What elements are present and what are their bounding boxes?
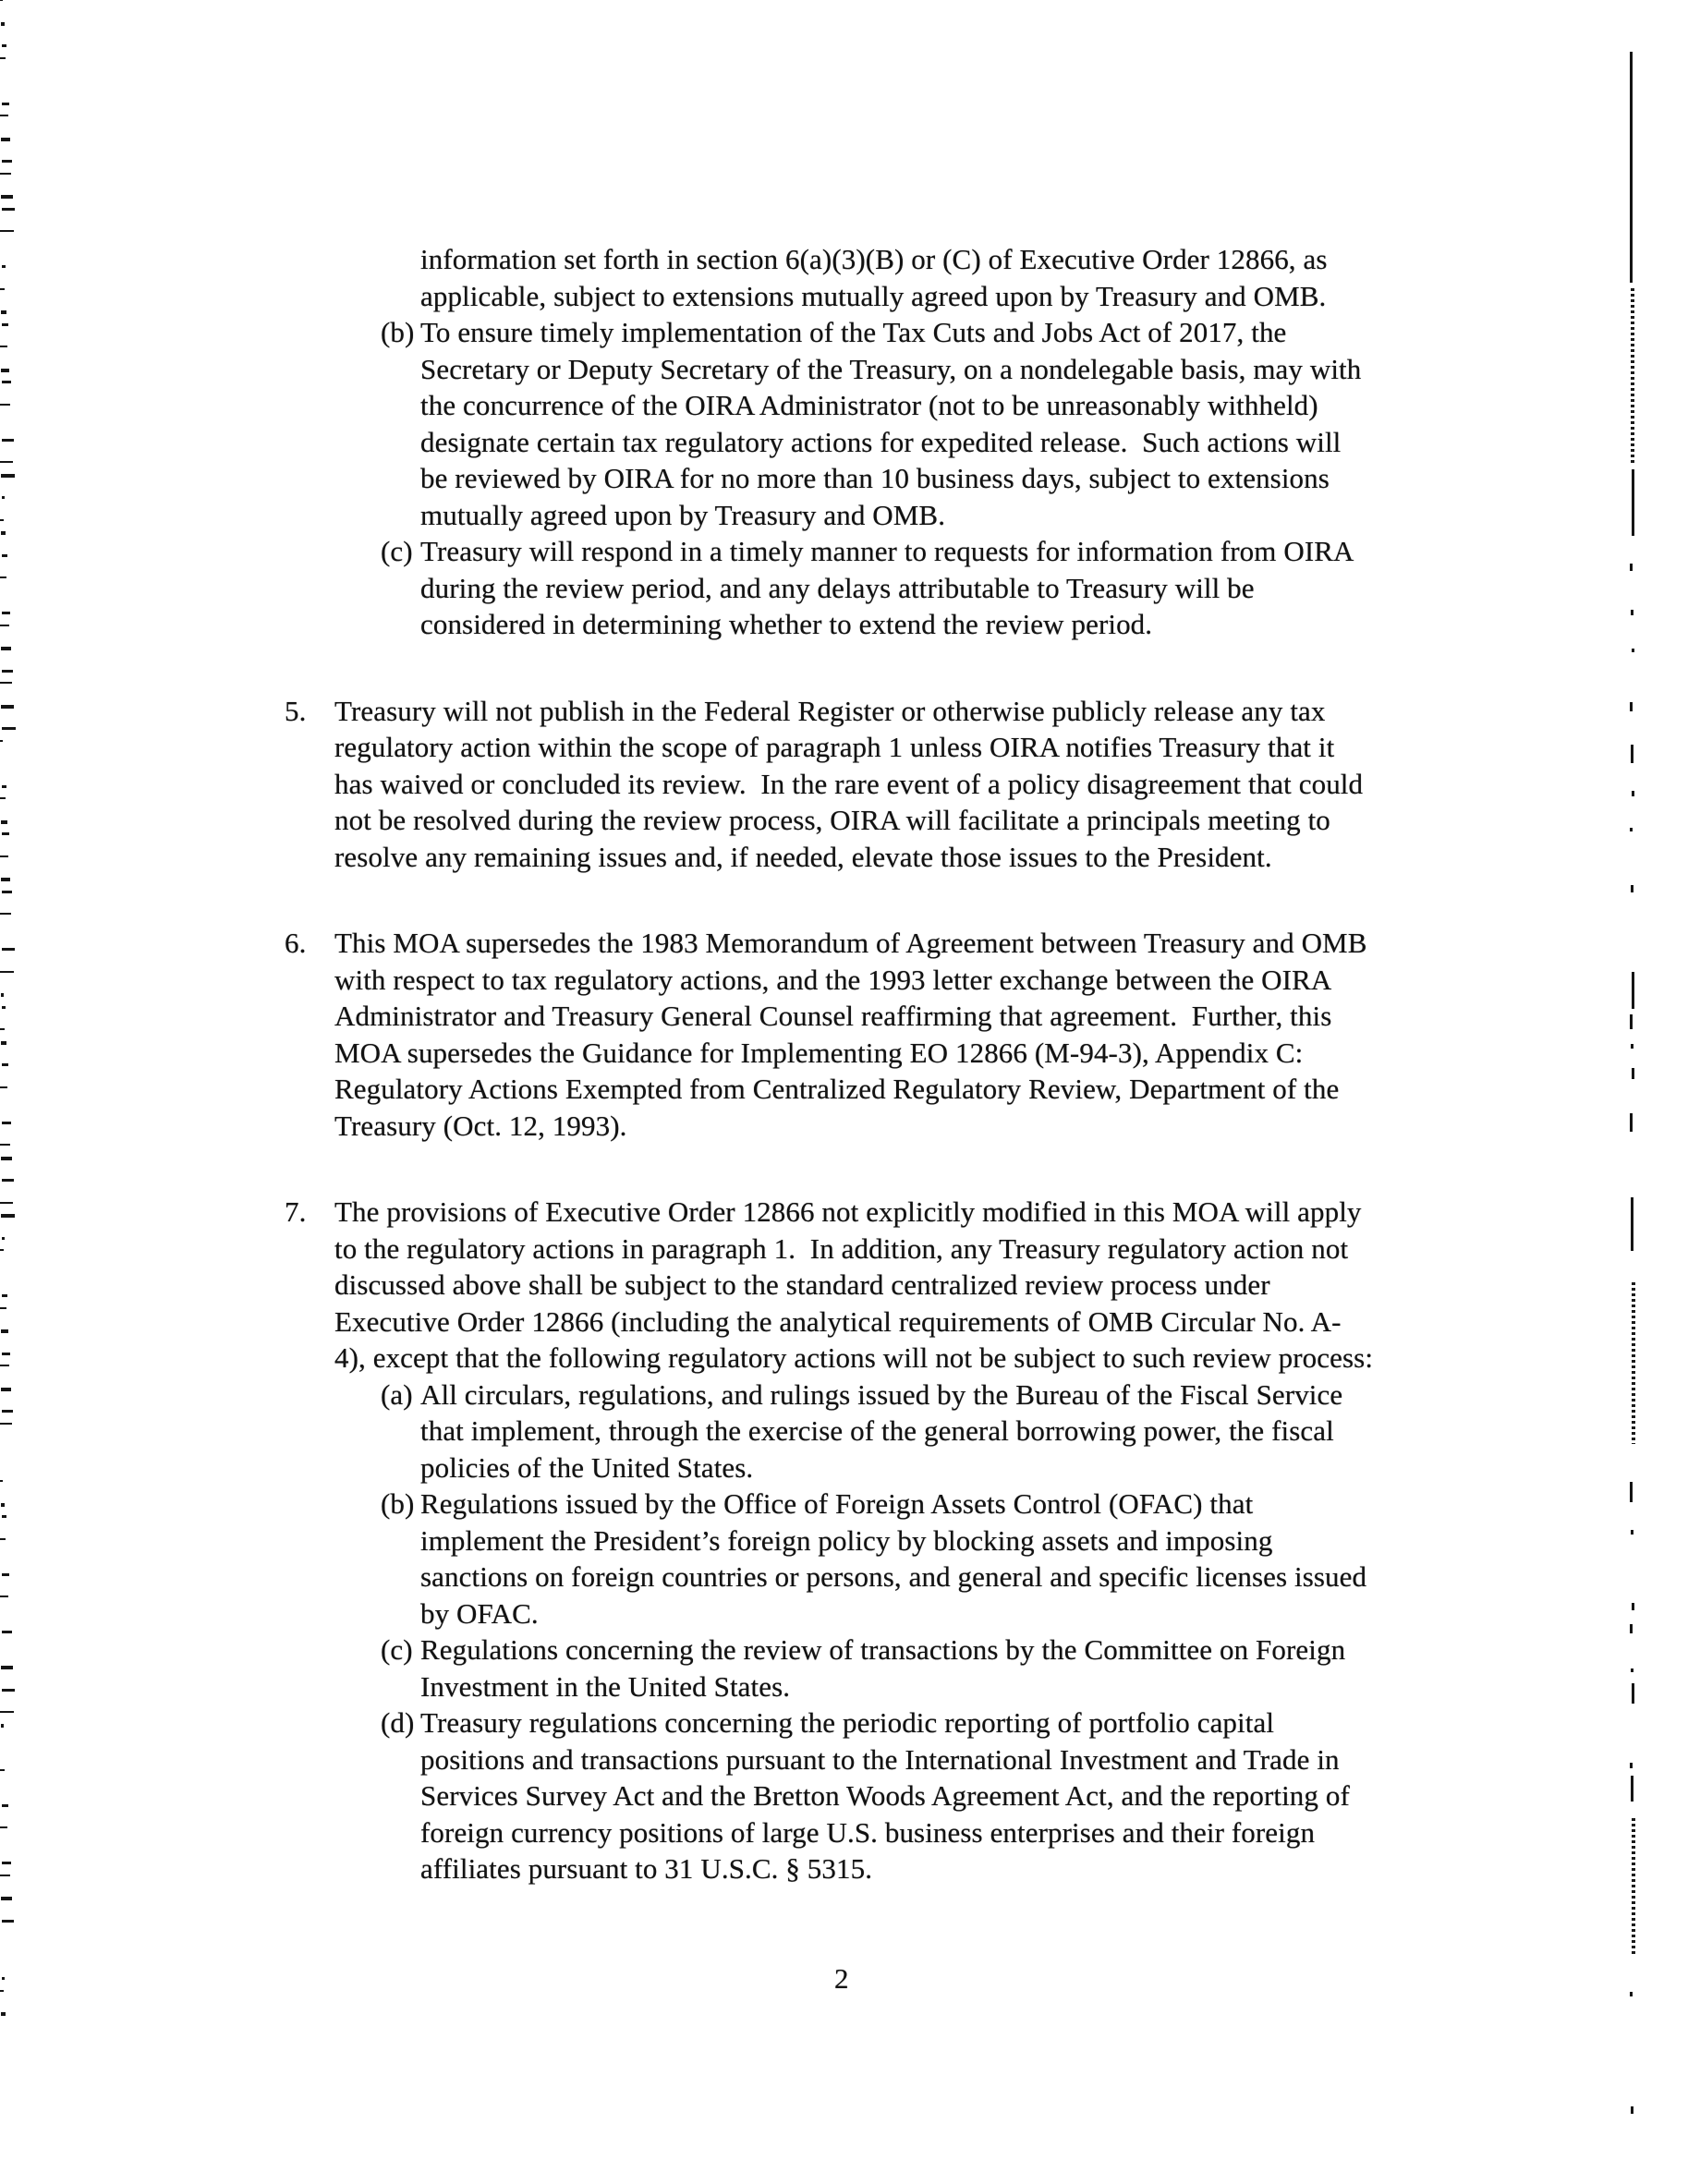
scan-line-mark [1632, 649, 1634, 652]
scan-line-mark [1630, 1624, 1633, 1633]
list-marker: 7. [285, 1194, 334, 1377]
scan-tick-mark [2, 160, 12, 163]
paragraph-text: This MOA supersedes the 1983 Memorandum … [334, 925, 1367, 1144]
scan-line-mark [1631, 1776, 1633, 1802]
scan-tick-mark [2, 323, 8, 326]
scan-tick-mark [1, 1329, 8, 1333]
scan-line-mark [1630, 564, 1633, 571]
list-item-b: (b) To ensure timely implementation of t… [381, 314, 1688, 533]
scan-line-mark [1630, 1482, 1633, 1502]
scan-tick-mark [1, 1724, 4, 1728]
scan-tick-mark [1, 369, 9, 372]
scan-tick-mark [1, 474, 15, 478]
scan-tick-mark [2, 727, 16, 730]
scan-line-mark [1632, 1683, 1634, 1704]
scan-tick-mark [0, 288, 5, 290]
scan-tick-mark [1, 195, 13, 199]
list-marker: (b) [381, 314, 420, 533]
scan-tick-mark [2, 1631, 12, 1633]
scan-tick-mark [0, 0, 3, 1]
scan-tick-mark [1, 22, 5, 26]
paragraph-text: To ensure timely implementation of the T… [420, 314, 1361, 533]
scan-line-mark [1630, 702, 1633, 711]
list-item-7a: (a) All circulars, regulations, and ruli… [381, 1377, 1688, 1486]
scan-line-mark [1631, 885, 1633, 892]
scan-line-mark [1630, 1113, 1633, 1132]
scan-tick-mark [0, 404, 10, 406]
scan-tick-mark [0, 625, 9, 626]
scan-tick-mark [0, 1086, 7, 1088]
scan-tick-mark [1, 1666, 13, 1669]
scan-line-mark [1631, 1530, 1633, 1535]
scan-tick-mark [2, 381, 11, 383]
scan-tick-mark [0, 1202, 13, 1204]
scan-tick-mark [2, 948, 15, 951]
scan-line-mark [1631, 288, 1634, 464]
scan-line-mark [1632, 972, 1634, 1009]
scan-line-mark [1632, 1068, 1634, 1079]
scan-tick-mark [2, 1920, 14, 1923]
scan-tick-mark [0, 971, 14, 973]
page-number: 2 [834, 1960, 849, 1997]
scan-tick-mark [0, 855, 8, 857]
scan-line-mark [1630, 1992, 1633, 1996]
scan-tick-mark [1, 1157, 12, 1160]
scan-tick-mark [0, 173, 11, 175]
scan-tick-mark [0, 1144, 10, 1146]
scan-tick-mark [2, 208, 15, 211]
scan-tick-mark [2, 832, 9, 835]
scan-line-mark [1632, 1603, 1634, 1610]
scan-line-mark [1632, 1818, 1635, 1957]
scan-tick-mark [0, 1711, 14, 1713]
scan-line-mark [1631, 610, 1633, 615]
scan-line-mark [1630, 828, 1633, 831]
paragraph-text: information set forth in section 6(a)(3)… [420, 241, 1688, 314]
scan-tick-mark [2, 1804, 8, 1807]
scan-tick-mark [1, 1897, 12, 1900]
scan-tick-mark [1, 647, 11, 650]
scan-tick-mark [0, 1028, 5, 1030]
scan-tick-mark [2, 496, 5, 499]
scan-tick-mark [0, 1249, 4, 1251]
list-marker: 6. [285, 925, 334, 1144]
list-item-5: 5. Treasury will not publish in the Fede… [285, 693, 1688, 876]
list-item-7c: (c) Regulations concerning the review of… [381, 1632, 1688, 1705]
scan-tick-mark [2, 612, 10, 614]
scan-line-mark [1631, 1044, 1633, 1049]
list-item-6: 6. This MOA supersedes the 1983 Memorand… [285, 925, 1688, 1144]
scan-tick-mark [2, 891, 12, 893]
list-item-c: (c) Treasury will respond in a timely ma… [381, 533, 1688, 643]
scan-tick-mark [1, 310, 6, 314]
scan-tick-mark [0, 230, 14, 232]
list-item-7: 7. The provisions of Executive Order 128… [285, 1194, 1688, 1377]
scan-tick-mark [2, 1515, 6, 1518]
scan-line-mark [1630, 52, 1633, 283]
scan-tick-mark [0, 1480, 3, 1482]
list-marker: (d) [381, 1705, 420, 1887]
scan-tick-mark [2, 1353, 10, 1355]
scan-tick-mark [2, 103, 9, 105]
scan-tick-mark [2, 1862, 11, 1864]
list-marker: (c) [381, 1632, 420, 1705]
scan-tick-mark [1, 138, 10, 141]
paragraph-text: Regulations concerning the review of tra… [420, 1632, 1345, 1705]
scan-tick-mark [0, 461, 13, 463]
scan-line-mark [1631, 745, 1633, 763]
scan-tick-mark [0, 1990, 4, 1992]
document-content: information set forth in section 6(a)(3)… [0, 241, 1688, 1887]
paragraph-text: Treasury will respond in a timely manner… [420, 533, 1354, 643]
paragraph-text: Treasury will not publish in the Federal… [334, 693, 1363, 876]
scan-line-mark [1630, 1763, 1633, 1768]
scan-tick-mark [2, 439, 14, 442]
scan-line-mark [1631, 2106, 1633, 2114]
scan-tick-mark [0, 1538, 6, 1540]
scan-tick-mark [0, 576, 6, 578]
scan-tick-mark [0, 1307, 6, 1309]
scan-tick-mark [1, 878, 10, 881]
scan-tick-mark [0, 1423, 12, 1425]
scan-tick-mark [0, 57, 6, 59]
scan-tick-mark [2, 1006, 6, 1009]
scan-tick-mark [0, 1875, 10, 1876]
scan-tick-mark [0, 1596, 8, 1597]
scan-tick-mark [2, 1410, 13, 1413]
scan-tick-mark [1, 2012, 6, 2016]
scan-tick-mark [2, 1294, 7, 1297]
scan-tick-mark [1, 1214, 15, 1218]
paragraph-text: Treasury regulations concerning the peri… [420, 1705, 1350, 1887]
scan-tick-mark [0, 346, 7, 347]
scan-tick-mark [0, 1365, 9, 1366]
scan-line-mark [1632, 469, 1634, 536]
scan-tick-mark [0, 1769, 5, 1771]
paragraph-text: The provisions of Executive Order 12866 … [334, 1194, 1373, 1377]
list-marker: (b) [381, 1486, 420, 1632]
scan-tick-mark [1, 531, 6, 535]
scan-tick-mark [0, 115, 8, 116]
list-marker: (a) [381, 1377, 420, 1486]
scan-tick-mark [1, 705, 14, 709]
scan-tick-mark [2, 554, 7, 557]
paragraph-text: All circulars, regulations, and rulings … [420, 1377, 1342, 1486]
scan-tick-mark [2, 670, 13, 673]
scan-tick-mark [1, 993, 4, 997]
scan-tick-mark [2, 265, 6, 268]
scan-tick-mark [2, 1689, 15, 1692]
document-page: information set forth in section 6(a)(3)… [0, 0, 1688, 2184]
scan-tick-mark [2, 1977, 5, 1980]
scan-tick-mark [2, 1573, 9, 1576]
scan-tick-mark [2, 44, 6, 47]
scan-tick-mark [0, 682, 12, 684]
scan-line-mark [1630, 1014, 1633, 1029]
scan-tick-mark [0, 740, 3, 742]
paragraph-continuation: information set forth in section 6(a)(3)… [420, 241, 1688, 314]
scan-tick-mark [0, 519, 4, 521]
scan-line-mark [1631, 1668, 1633, 1672]
scan-tick-mark [0, 913, 11, 915]
list-marker: (c) [381, 533, 420, 643]
list-marker: 5. [285, 693, 334, 876]
scan-tick-mark [0, 797, 6, 799]
scan-tick-mark [0, 1826, 7, 1828]
scan-tick-mark [2, 1063, 8, 1066]
scan-tick-mark [1, 1503, 5, 1507]
scan-tick-mark [2, 1122, 11, 1124]
scan-line-mark [1632, 791, 1634, 796]
paragraph-text: Regulations issued by the Office of Fore… [420, 1486, 1366, 1632]
scan-tick-mark [2, 785, 6, 788]
scan-tick-mark [1, 1041, 6, 1045]
list-item-7d: (d) Treasury regulations concerning the … [381, 1705, 1688, 1887]
list-item-7b: (b) Regulations issued by the Office of … [381, 1486, 1688, 1632]
scan-tick-mark [2, 1179, 14, 1182]
scan-tick-mark [1, 1388, 11, 1391]
scan-line-mark [1632, 1282, 1635, 1444]
scan-tick-mark [1, 820, 7, 824]
scan-tick-mark [2, 1237, 5, 1240]
scan-line-mark [1631, 1197, 1633, 1251]
